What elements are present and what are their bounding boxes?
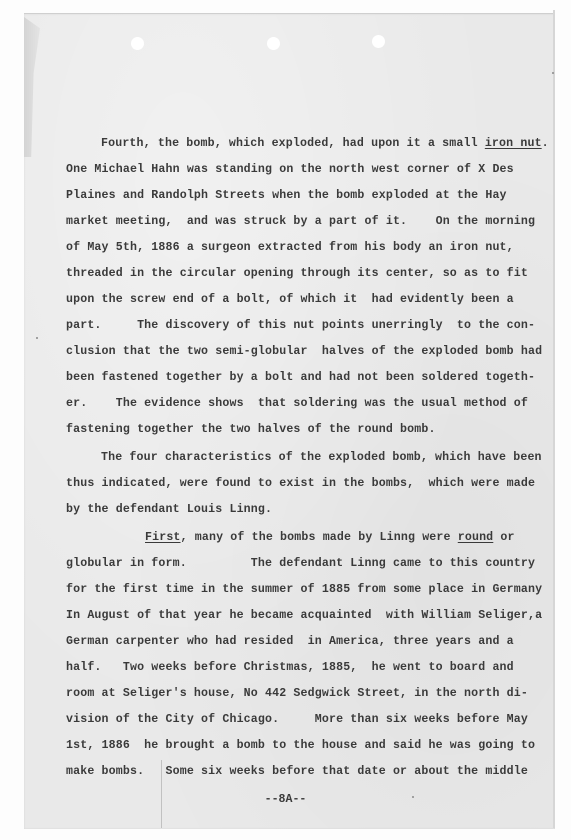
text-line: thus indicated, were found to exist in t… bbox=[66, 477, 535, 491]
text-line: 1st, 1886 he brought a bomb to the house… bbox=[66, 739, 535, 753]
text-line: room at Seliger's house, No 442 Sedgwick… bbox=[66, 687, 528, 701]
text-line: of May 5th, 1886 a surgeon extracted fro… bbox=[66, 241, 514, 255]
text-line: half. Two weeks before Christmas, 1885, … bbox=[66, 661, 514, 675]
text-line: Fourth, the bomb, which exploded, had up… bbox=[101, 137, 549, 151]
page-number: --8A-- bbox=[0, 793, 571, 806]
text-line: part. The discovery of this nut points u… bbox=[66, 319, 535, 333]
paper-speck bbox=[552, 72, 554, 74]
text-line: One Michael Hahn was standing on the nor… bbox=[66, 163, 514, 177]
punch-hole-icon bbox=[372, 35, 385, 48]
paper-edge bbox=[553, 10, 555, 828]
punch-hole-icon bbox=[267, 37, 280, 50]
punch-hole-icon bbox=[131, 37, 144, 50]
underlined-phrase: iron nut bbox=[485, 137, 542, 150]
text-line: The four characteristics of the exploded… bbox=[101, 451, 542, 465]
text-line: vision of the City of Chicago. More than… bbox=[66, 713, 528, 727]
text-line: globular in form. The defendant Linng ca… bbox=[66, 557, 535, 571]
text-line: by the defendant Louis Linng. bbox=[66, 503, 272, 517]
text-line: clusion that the two semi-globular halve… bbox=[66, 345, 542, 359]
text-line: First, many of the bombs made by Linng w… bbox=[145, 531, 515, 545]
underlined-phrase: round bbox=[458, 531, 494, 544]
text-line: er. The evidence shows that soldering wa… bbox=[66, 397, 528, 411]
text-line: upon the screw end of a bolt, of which i… bbox=[66, 293, 514, 307]
text-line: for the first time in the summer of 1885… bbox=[66, 583, 542, 597]
underlined-phrase: First bbox=[145, 531, 181, 544]
text-line: threaded in the circular opening through… bbox=[66, 267, 528, 281]
text-line: Plaines and Randolph Streets when the bo… bbox=[66, 189, 507, 203]
text-line: fastening together the two halves of the… bbox=[66, 423, 436, 437]
text-line: market meeting, and was struck by a part… bbox=[66, 215, 535, 229]
text-line: In August of that year he became acquain… bbox=[66, 609, 542, 623]
paper-sheet bbox=[24, 13, 555, 829]
paper-speck bbox=[36, 337, 38, 339]
text-line: German carpenter who had resided in Amer… bbox=[66, 635, 514, 649]
text-line: make bombs. Some six weeks before that d… bbox=[66, 765, 528, 779]
text-line: been fastened together by a bolt and had… bbox=[66, 371, 535, 385]
document-scan: Fourth, the bomb, which exploded, had up… bbox=[0, 0, 571, 840]
